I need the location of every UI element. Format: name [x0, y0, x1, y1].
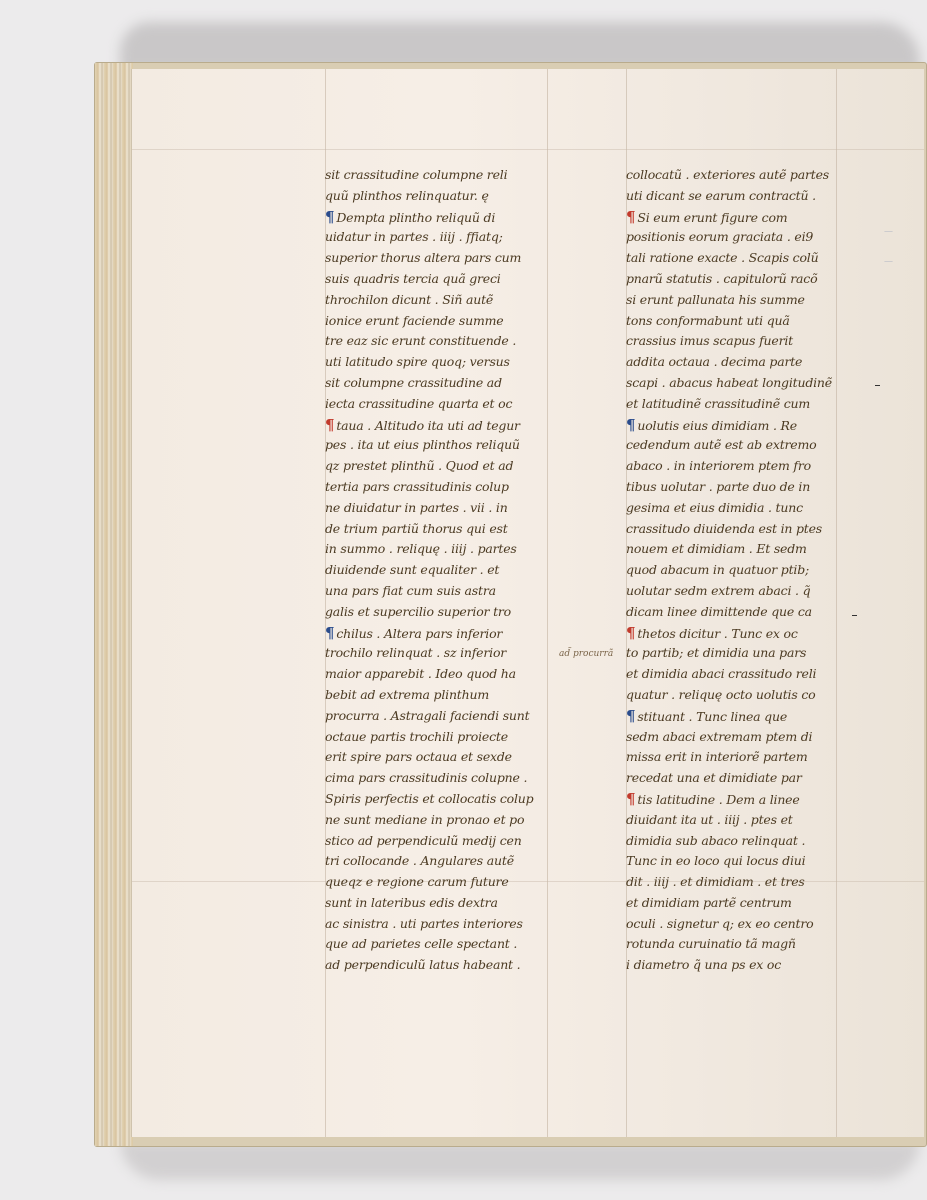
text-line: sedm abaci extremam ptem di [626, 727, 846, 748]
line-text: abaco . in interiorem ptem fro [626, 458, 811, 473]
text-line: octaue partis trochili proiecte [325, 727, 545, 748]
line-text: thetos dicitur . Tunc ex oc [637, 626, 797, 641]
text-line: Spiris perfectis et collocatis colup [325, 789, 545, 810]
line-text: dit . iiij . et dimidiam . et tres [626, 874, 805, 889]
line-text: sedm abaci extremam ptem di [626, 729, 812, 744]
text-line: crassitudo diuidenda est in ptes [626, 519, 846, 540]
line-text: throchilon dicunt . Siñ autẽ [325, 292, 493, 307]
text-line: positionis eorum graciata . ei9 [626, 227, 846, 248]
line-text: ac sinistra . uti partes interiores [325, 916, 523, 931]
line-text: Tunc in eo loco qui locus diui [626, 853, 805, 868]
line-text: diuidant ita ut . iiij . ptes et [626, 812, 793, 827]
line-text: missa erit in interiorẽ partem [626, 749, 808, 764]
line-text: oculi . signetur q; ex eo centro [626, 916, 813, 931]
line-text: de trium partiũ thorus qui est [325, 521, 508, 536]
text-line: iecta crassitudine quarta et oc [325, 394, 545, 415]
text-line: missa erit in interiorẽ partem [626, 747, 846, 768]
text-line: pes . ita ut eius plinthos reliquũ [325, 435, 545, 456]
line-text: tali ratione exacte . Scapis colũ [626, 250, 818, 265]
line-text: tons conformabunt uti quã [626, 313, 790, 328]
text-line: addita octaua . decima parte [626, 352, 846, 373]
text-line: throchilon dicunt . Siñ autẽ [325, 290, 545, 311]
line-text: pnarũ statutis . capitulorũ racõ [626, 271, 817, 286]
text-line: et dimidia abaci crassitudo reli [626, 664, 846, 685]
line-text: i diametro q̃ una ps ex oc [626, 957, 781, 972]
text-line: nouem et dimidiam . Et sedm [626, 539, 846, 560]
text-line: in summo . reliquę . iiij . partes [325, 539, 545, 560]
text-line: trochilo relinquat . sz inferior [325, 643, 545, 664]
text-line: cedendum autẽ est ab extremo [626, 435, 846, 456]
text-line: cima pars crassitudinis colupne . [325, 768, 545, 789]
paragraph-mark-icon: ¶ [626, 416, 635, 434]
line-text: cima pars crassitudinis colupne . [325, 770, 527, 785]
text-line: ¶thetos dicitur . Tunc ex oc [626, 623, 846, 644]
line-text: octaue partis trochili proiecte [325, 729, 508, 744]
text-line: suis quadris tercia quã greci [325, 269, 545, 290]
line-text: ad perpendiculũ latus habeant . [325, 957, 520, 972]
margin-mark [852, 615, 857, 616]
text-line: quatur . reliquę octo uolutis co [626, 685, 846, 706]
text-line: qz prestet plinthũ . Quod et ad [325, 456, 545, 477]
text-line: procurra . Astragali faciendi sunt [325, 706, 545, 727]
text-line: collocatũ . exteriores autẽ partes [626, 165, 846, 186]
line-text: uolutar sedm extrem abaci . q̃ [626, 583, 810, 598]
line-text: si erunt pallunata his summe [626, 292, 805, 307]
line-text: tre eaz sic erunt constituende . [325, 333, 516, 348]
line-text: superior thorus altera pars cum [325, 250, 521, 265]
text-line: sit columpne crassitudine ad [325, 373, 545, 394]
text-line: scapi . abacus habeat longitudinẽ [626, 373, 846, 394]
line-text: galis et supercilio superior tro [325, 604, 511, 619]
line-text: tis latitudine . Dem a linee [637, 792, 799, 807]
line-text: Spiris perfectis et collocatis colup [325, 791, 533, 806]
text-line: quũ plinthos relinquatur. ę [325, 186, 545, 207]
text-line: uolutar sedm extrem abaci . q̃ [626, 581, 846, 602]
text-line: uti latitudo spire quoq; versus [325, 352, 545, 373]
text-line: uti dicant se earum contractũ . [626, 186, 846, 207]
faded-marginal-note: — [884, 227, 893, 237]
line-text: tertia pars crassitudinis colup [325, 479, 509, 494]
line-text: dicam linee dimittende que ca [626, 604, 812, 619]
text-line: que ad parietes celle spectant . [325, 934, 545, 955]
line-text: addita octaua . decima parte [626, 354, 802, 369]
line-text: erit spire pars octaua et sexde [325, 749, 512, 764]
line-text: iecta crassitudine quarta et oc [325, 396, 512, 411]
text-line: erit spire pars octaua et sexde [325, 747, 545, 768]
line-text: positionis eorum graciata . ei9 [626, 229, 813, 244]
line-text: queqz e regione carum future [325, 874, 509, 889]
line-text: dimidia sub abaco relinquat . [626, 833, 805, 848]
ruling-line-horizontal [132, 149, 924, 150]
line-text: in summo . reliquę . iiij . partes [325, 541, 517, 556]
line-text: to partib; et dimidia una pars [626, 645, 806, 660]
line-text: scapi . abacus habeat longitudinẽ [626, 375, 832, 390]
paragraph-mark-icon: ¶ [325, 208, 334, 226]
text-line: ne sunt mediane in pronao et po [325, 810, 545, 831]
text-line: sunt in lateribus edis dextra [325, 893, 545, 914]
line-text: maior apparebit . Ideo quod ha [325, 666, 516, 681]
line-text: ne diuidatur in partes . vii . in [325, 500, 508, 515]
text-line: stico ad perpendiculũ medij cen [325, 831, 545, 852]
line-text: quatur . reliquę octo uolutis co [626, 687, 815, 702]
text-line: uidatur in partes . iiij . ffiatq; [325, 227, 545, 248]
line-text: diuidende sunt equaliter . et [325, 562, 499, 577]
line-text: bebit ad extrema plinthum [325, 687, 489, 702]
paragraph-mark-icon: ¶ [325, 624, 334, 642]
line-text: recedat una et dimidiate par [626, 770, 802, 785]
text-line: dit . iiij . et dimidiam . et tres [626, 872, 846, 893]
text-line: et dimidiam partẽ centrum [626, 893, 846, 914]
text-line: tibus uolutar . parte duo de in [626, 477, 846, 498]
text-line: et latitudinẽ crassitudinẽ cum [626, 394, 846, 415]
text-line: dimidia sub abaco relinquat . [626, 831, 846, 852]
line-text: Dempta plintho reliquũ di [336, 210, 495, 225]
line-text: crassitudo diuidenda est in ptes [626, 521, 822, 536]
line-text: una pars fiat cum suis astra [325, 583, 496, 598]
text-line: tons conformabunt uti quã [626, 311, 846, 332]
text-line: abaco . in interiorem ptem fro [626, 456, 846, 477]
paragraph-mark-icon: ¶ [626, 707, 635, 725]
line-text: nouem et dimidiam . Et sedm [626, 541, 807, 556]
text-line: bebit ad extrema plinthum [325, 685, 545, 706]
text-line: oculi . signetur q; ex eo centro [626, 914, 846, 935]
line-text: procurra . Astragali faciendi sunt [325, 708, 529, 723]
text-line: ad perpendiculũ latus habeant . [325, 955, 545, 976]
text-line: dicam linee dimittende que ca [626, 602, 846, 623]
line-text: collocatũ . exteriores autẽ partes [626, 167, 829, 182]
line-text: rotunda curuinatio tã magñ [626, 936, 796, 951]
line-text: tibus uolutar . parte duo de in [626, 479, 810, 494]
line-text: taua . Altitudo ita uti ad tegur [336, 418, 520, 433]
text-line: sit crassitudine columpne reli [325, 165, 545, 186]
line-text: suis quadris tercia quã greci [325, 271, 501, 286]
line-text: sit columpne crassitudine ad [325, 375, 502, 390]
line-text: et latitudinẽ crassitudinẽ cum [626, 396, 810, 411]
paragraph-mark-icon: ¶ [325, 416, 334, 434]
text-line: ¶tis latitudine . Dem a linee [626, 789, 846, 810]
text-line: ne diuidatur in partes . vii . in [325, 498, 545, 519]
text-line: ¶taua . Altitudo ita uti ad tegur [325, 415, 545, 436]
line-text: que ad parietes celle spectant . [325, 936, 517, 951]
margin-mark [875, 385, 880, 386]
manuscript-page: sit crassitudine columpne reliquũ plinth… [131, 69, 924, 1137]
text-line: de trium partiũ thorus qui est [325, 519, 545, 540]
text-line: maior apparebit . Ideo quod ha [325, 664, 545, 685]
interlinear-note: ad̃ procurrã [559, 649, 613, 659]
text-line: ¶uolutis eius dimidiam . Re [626, 415, 846, 436]
line-text: et dimidia abaci crassitudo reli [626, 666, 816, 681]
text-line: una pars fiat cum suis astra [325, 581, 545, 602]
line-text: uti dicant se earum contractũ . [626, 188, 816, 203]
line-text: Si eum erunt figure com [637, 210, 787, 225]
text-line: ¶chilus . Altera pars inferior [325, 623, 545, 644]
page-edges [95, 63, 133, 1146]
line-text: quũ plinthos relinquatur. ę [325, 188, 489, 203]
line-text: gesima et eius dimidia . tunc [626, 500, 803, 515]
text-line: quod abacum in quatuor ptib; [626, 560, 846, 581]
line-text: cedendum autẽ est ab extremo [626, 437, 816, 452]
line-text: uolutis eius dimidiam . Re [637, 418, 797, 433]
text-line: tri collocande . Angulares autẽ [325, 851, 545, 872]
text-line: tertia pars crassitudinis colup [325, 477, 545, 498]
text-line: tali ratione exacte . Scapis colũ [626, 248, 846, 269]
text-line: ionice erunt faciende summe [325, 311, 545, 332]
text-line: to partib; et dimidia una pars [626, 643, 846, 664]
paragraph-mark-icon: ¶ [626, 624, 635, 642]
text-line: rotunda curuinatio tã magñ [626, 934, 846, 955]
text-line: Tunc in eo loco qui locus diui [626, 851, 846, 872]
line-text: ionice erunt faciende summe [325, 313, 503, 328]
paragraph-mark-icon: ¶ [626, 790, 635, 808]
line-text: uti latitudo spire quoq; versus [325, 354, 510, 369]
text-line: galis et supercilio superior tro [325, 602, 545, 623]
text-line: ¶stituant . Tunc linea que [626, 706, 846, 727]
text-line: i diametro q̃ una ps ex oc [626, 955, 846, 976]
text-line: recedat una et dimidiate par [626, 768, 846, 789]
line-text: stituant . Tunc linea que [637, 709, 787, 724]
line-text: trochilo relinquat . sz inferior [325, 645, 506, 660]
text-line: diuidant ita ut . iiij . ptes et [626, 810, 846, 831]
text-column-left: sit crassitudine columpne reliquũ plinth… [325, 165, 545, 976]
text-line: si erunt pallunata his summe [626, 290, 846, 311]
text-line: diuidende sunt equaliter . et [325, 560, 545, 581]
text-line: gesima et eius dimidia . tunc [626, 498, 846, 519]
text-line: ¶Si eum erunt figure com [626, 207, 846, 228]
line-text: sunt in lateribus edis dextra [325, 895, 498, 910]
line-text: crassius imus scapus fuerit [626, 333, 793, 348]
faded-marginal-note: — [884, 257, 893, 267]
text-line: superior thorus altera pars cum [325, 248, 545, 269]
line-text: tri collocande . Angulares autẽ [325, 853, 514, 868]
line-text: pes . ita ut eius plinthos reliquũ [325, 437, 520, 452]
ruling-line-vertical [547, 69, 548, 1137]
line-text: sit crassitudine columpne reli [325, 167, 507, 182]
manuscript-book: sit crassitudine columpne reliquũ plinth… [94, 62, 927, 1147]
line-text: stico ad perpendiculũ medij cen [325, 833, 522, 848]
line-text: uidatur in partes . iiij . ffiatq; [325, 229, 503, 244]
text-column-right: collocatũ . exteriores autẽ partesuti di… [626, 165, 846, 976]
text-line: pnarũ statutis . capitulorũ racõ [626, 269, 846, 290]
text-line: queqz e regione carum future [325, 872, 545, 893]
paragraph-mark-icon: ¶ [626, 208, 635, 226]
text-line: tre eaz sic erunt constituende . [325, 331, 545, 352]
text-line: ¶Dempta plintho reliquũ di [325, 207, 545, 228]
text-line: crassius imus scapus fuerit [626, 331, 846, 352]
line-text: ne sunt mediane in pronao et po [325, 812, 524, 827]
line-text: et dimidiam partẽ centrum [626, 895, 792, 910]
line-text: quod abacum in quatuor ptib; [626, 562, 809, 577]
line-text: chilus . Altera pars inferior [336, 626, 502, 641]
text-line: ac sinistra . uti partes interiores [325, 914, 545, 935]
line-text: qz prestet plinthũ . Quod et ad [325, 458, 513, 473]
